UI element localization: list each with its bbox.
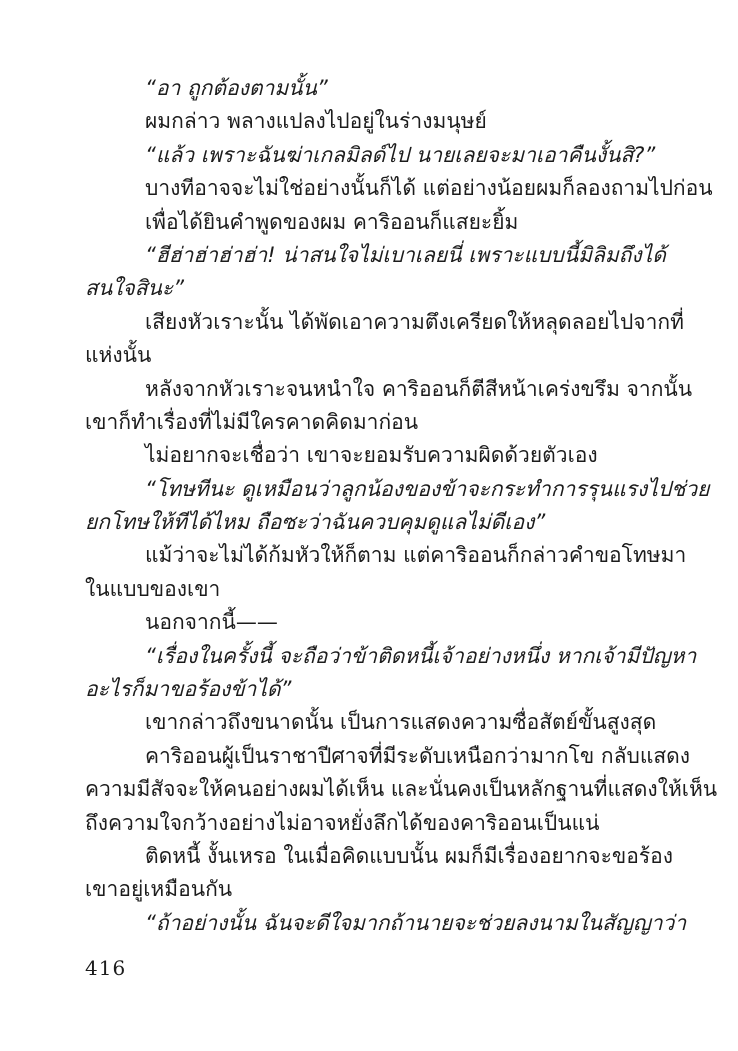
text-line: เขาก็ทำเรื่องที่ไม่มีใครคาดคิดมาก่อน (85, 406, 665, 439)
text-line: ความมีสัจจะให้คนอย่างผมได้เห็น และนั่นคง… (85, 773, 665, 806)
text-line: บางทีอาจจะไม่ใช่อย่างนั้นก็ได้ แต่อย่างน… (85, 172, 665, 205)
text-line: “ถ้าอย่างนั้น ฉันจะดีใจมากถ้านายจะช่วยลง… (85, 907, 665, 940)
text-line: “อา ถูกต้องตามนั้น” (85, 72, 665, 105)
book-page: “อา ถูกต้องตามนั้น” ผมกล่าว พลางแปลงไปอย… (0, 0, 738, 1051)
text-line: “แล้ว เพราะฉันฆ่าเกลมิลด์ไป นายเลยจะมาเอ… (85, 139, 665, 172)
text-line: “โทษทีนะ ดูเหมือนว่าลูกน้องของข้าจะกระทำ… (85, 473, 665, 506)
text-line: แม้ว่าจะไม่ได้ก้มหัวให้ก็ตาม แต่คาริออนก… (85, 539, 665, 572)
text-line: ถึงความใจกว้างอย่างไม่อาจหยั่งลึกได้ของค… (85, 807, 665, 840)
text-line: ไม่อยากจะเชื่อว่า เขาจะยอมรับความผิดด้วย… (85, 439, 665, 472)
text-line: ติดหนี้ งั้นเหรอ ในเมื่อคิดแบบนั้น ผมก็ม… (85, 840, 665, 873)
text-line: ยกโทษให้ทีได้ไหม ถือซะว่าฉันควบคุมดูแลไม… (85, 506, 665, 539)
text-line: เขาอยู่เหมือนกัน (85, 873, 665, 906)
text-line: คาริออนผู้เป็นราชาปีศาจที่มีระดับเหนือกว… (85, 740, 665, 773)
text-line: แห่งนั้น (85, 339, 665, 372)
text-line: “ฮีฮ่าฮ่าฮ่าฮ่า! น่าสนใจไม่เบาเลยนี่ เพร… (85, 239, 665, 272)
text-line: นอกจากนี้—— (85, 606, 665, 639)
text-line: ในแบบของเขา (85, 573, 665, 606)
text-line: หลังจากหัวเราะจนหนำใจ คาริออนก็ตีสีหน้าเ… (85, 373, 665, 406)
text-line: ผมกล่าว พลางแปลงไปอยู่ในร่างมนุษย์ (85, 105, 665, 138)
body-text: “อา ถูกต้องตามนั้น” ผมกล่าว พลางแปลงไปอย… (85, 72, 665, 940)
text-line: เสียงหัวเราะนั้น ได้พัดเอาความตึงเครียดใ… (85, 306, 665, 339)
text-line: “เรื่องในครั้งนี้ จะถือว่าข้าติดหนี้เจ้า… (85, 640, 665, 673)
text-line: สนใจสินะ” (85, 272, 665, 305)
text-line: อะไรก็มาขอร้องข้าได้” (85, 673, 665, 706)
page-number: 416 (85, 956, 126, 980)
text-line: เพื่อได้ยินคำพูดของผม คาริออนก็แสยะยิ้ม (85, 206, 665, 239)
text-line: เขากล่าวถึงขนาดนั้น เป็นการแสดงความซื่อส… (85, 706, 665, 739)
